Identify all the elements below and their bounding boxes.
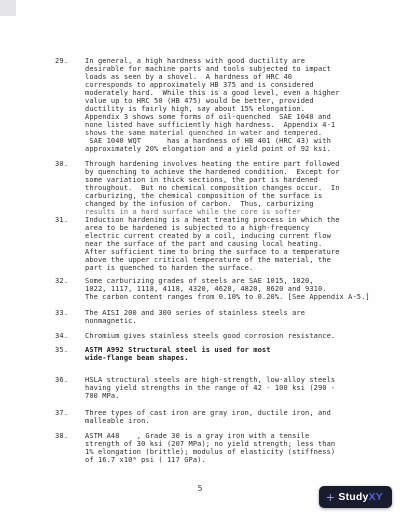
text-line: Chromium gives stainless steels good cor…	[85, 332, 335, 340]
item-number: 38.	[55, 432, 85, 464]
item-text: Some carburizing grades of steels are SA…	[85, 277, 370, 301]
item-text: Through hardening involves heating the e…	[85, 160, 340, 216]
item-text: Induction hardening is a heat treating p…	[85, 216, 340, 272]
item-text: ASTM A992 Structural steel is used for m…	[85, 346, 271, 362]
text-line: having yield strengths in the range of 4…	[85, 384, 335, 392]
text-line: some variation in thick sections, the pa…	[85, 176, 340, 184]
plus-icon: +	[326, 490, 334, 504]
text-line: strength of 30 ksi (207 MPa); no yield s…	[85, 440, 335, 448]
text-line: ductility is fairly high, say about 15% …	[85, 105, 340, 113]
note-item: 30.Through hardening involves heating th…	[55, 160, 376, 216]
text-line: After sufficient time to bring the surfa…	[85, 248, 340, 256]
text-line: 1% elongation (brittle); modulus of elas…	[85, 448, 335, 456]
text-line: malleable iron.	[85, 417, 331, 425]
brand-name: Study	[338, 491, 368, 503]
item-number: 34.	[55, 332, 85, 340]
item-text: In general, a high hardness with good du…	[85, 57, 340, 153]
text-line: moderately hard. While this is a good le…	[85, 89, 340, 97]
text-line: area to be hardened is subjected to a hi…	[85, 224, 340, 232]
item-text: HSLA structural steels are high-strength…	[85, 376, 335, 400]
item-number: 33.	[55, 309, 85, 325]
scan-artifact	[0, 0, 16, 16]
numbered-notes-list: 29.In general, a high hardness with good…	[55, 57, 376, 471]
text-line: nonmagnetic.	[85, 317, 305, 325]
text-line: SAE 1040 WQT has a hardness of HB 401 (H…	[85, 137, 340, 145]
note-item: 33.The AISI 200 and 300 series of stainl…	[55, 309, 376, 325]
item-number: 37.	[55, 409, 85, 425]
text-line: above the upper critical temperature of …	[85, 256, 340, 264]
text-line: by quenching to achieve the hardened con…	[85, 168, 340, 176]
text-line: Induction hardening is a heat treating p…	[85, 216, 340, 224]
studyxy-badge[interactable]: + StudyXY	[319, 486, 392, 508]
text-line: throughout. But no chemical composition …	[85, 184, 340, 192]
text-line: Through hardening involves heating the e…	[85, 160, 340, 168]
text-line: of 16.7 x10⁶ psi ( 117 GPa).	[85, 456, 335, 464]
note-item: 29.In general, a high hardness with good…	[55, 57, 376, 153]
item-number: 35.	[55, 346, 85, 362]
text-line: electric current created by a coil, indu…	[85, 232, 340, 240]
text-line: Some carburizing grades of steels are SA…	[85, 277, 370, 285]
note-item: 35.ASTM A992 Structural steel is used fo…	[55, 346, 376, 362]
item-number: 29.	[55, 57, 85, 153]
text-line: ASTM A48 , Grade 30 is a gray iron with …	[85, 432, 335, 440]
text-line: wide-flange beam shapes.	[85, 354, 271, 362]
text-line: In general, a high hardness with good du…	[85, 57, 340, 65]
brand-name-accent: XY	[369, 491, 383, 503]
text-line: results in a hard surface while the core…	[85, 208, 340, 216]
note-item: 36.HSLA structural steels are high-stren…	[55, 376, 376, 400]
scanned-document-page: 29.In general, a high hardness with good…	[0, 0, 400, 518]
item-text: Three types of cast iron are gray iron, …	[85, 409, 331, 425]
item-number: 30.	[55, 160, 85, 216]
text-line: The AISI 200 and 300 series of stainless…	[85, 309, 305, 317]
text-line: HSLA structural steels are high-strength…	[85, 376, 335, 384]
text-line: approximately 20% elongation and a yield…	[85, 145, 340, 153]
text-line: loads as seen by a shovel. A hardness of…	[85, 73, 340, 81]
item-text: Chromium gives stainless steels good cor…	[85, 332, 335, 340]
text-line: corresponds to approximately HB 375 and …	[85, 81, 340, 89]
item-text: The AISI 200 and 300 series of stainless…	[85, 309, 305, 325]
text-line: shows the same material quenched in wate…	[85, 129, 340, 137]
text-line: 700 MPa.	[85, 392, 335, 400]
text-line: ASTM A992 Structural steel is used for m…	[85, 346, 271, 354]
text-line: near the surface of the part and causing…	[85, 240, 340, 248]
text-line: changed by the infusion of carbon. Thus,…	[85, 200, 340, 208]
text-line: Three types of cast iron are gray iron, …	[85, 409, 331, 417]
item-number: 31.	[55, 216, 85, 272]
text-line: carburizing, the chemical composition of…	[85, 192, 340, 200]
note-item: 38.ASTM A48 , Grade 30 is a gray iron wi…	[55, 432, 376, 464]
item-number: 32.	[55, 277, 85, 301]
note-item: 31.Induction hardening is a heat treatin…	[55, 216, 376, 272]
note-item: 37.Three types of cast iron are gray iro…	[55, 409, 376, 425]
text-line: none listed have sufficiently high hardn…	[85, 121, 340, 129]
text-line: value up to HRC 50 (HB 475) would be bet…	[85, 97, 340, 105]
text-line: desirable for machine parts and tools su…	[85, 65, 340, 73]
note-item: 32.Some carburizing grades of steels are…	[55, 277, 376, 301]
text-line: The carbon content ranges from 0.10% to …	[85, 293, 370, 301]
text-line: Appendix 3 shows some forms of oil-quenc…	[85, 113, 340, 121]
text-line: part is quenched to harden the surface.	[85, 264, 340, 272]
item-text: ASTM A48 , Grade 30 is a gray iron with …	[85, 432, 335, 464]
note-item: 34.Chromium gives stainless steels good …	[55, 332, 376, 340]
item-number: 36.	[55, 376, 85, 400]
text-line: 1022, 1117, 1118, 4118, 4320, 4620, 4820…	[85, 285, 370, 293]
